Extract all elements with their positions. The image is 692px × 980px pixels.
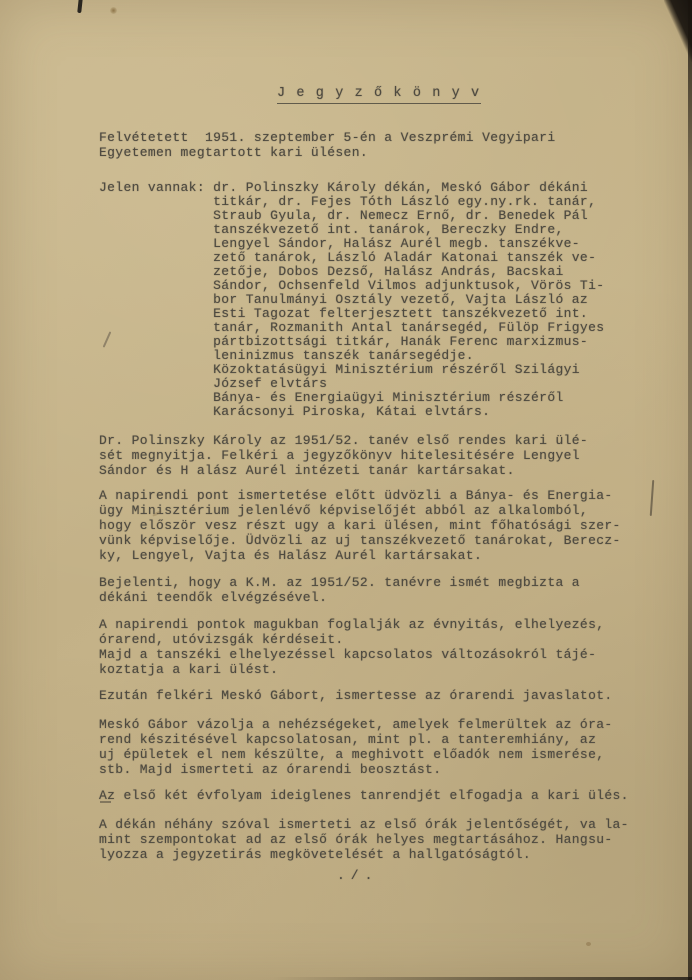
paragraph-agenda-points: A napirendi pontok magukban foglalják az… — [99, 617, 604, 677]
scan-edge-right — [688, 0, 692, 980]
page-continuation-mark: ./. — [337, 868, 378, 883]
scan-artifact-dash — [100, 801, 111, 803]
paragraph-mesko-difficulties: Meskó Gábor vázolja a nehézségeket, amel… — [99, 717, 613, 777]
paragraph-attendees: Jelen vannak: dr. Polinszky Károly dékán… — [99, 181, 604, 419]
paragraph-welcome-ministry: A napirendi pont ismertetése előtt üdvöz… — [99, 488, 621, 563]
scan-artifact-pen-line — [650, 480, 655, 516]
paragraph-dean-first-lectures: A dékán néhány szóval ismerteti az első … — [99, 817, 629, 862]
paragraph-request-mesko: Ezután felkéri Meskó Gábort, ismertesse … — [99, 688, 613, 703]
paper-background: J e g y z ő k ö n y v Felvétetett 1951. … — [0, 0, 692, 980]
scan-artifact-top-tick — [77, 0, 83, 13]
paragraph-opening-statement: Felvétetett 1951. szeptember 5-én a Vesz… — [99, 130, 555, 160]
paragraph-timetable-acceptance: Az első két évfolyam ideiglenes tanrendj… — [99, 788, 629, 803]
paragraph-announcement-km: Bejelenti, hogy a K.M. az 1951/52. tanév… — [99, 575, 580, 605]
paper-fleck — [110, 7, 117, 14]
scanned-document-page: { "page": { "paper_color": "#c4b289", "i… — [0, 0, 692, 980]
document-title: J e g y z ő k ö n y v — [277, 86, 481, 104]
paper-fleck — [586, 942, 591, 946]
paragraph-meeting-opening: Dr. Polinszky Károly az 1951/52. tanév e… — [99, 433, 588, 478]
